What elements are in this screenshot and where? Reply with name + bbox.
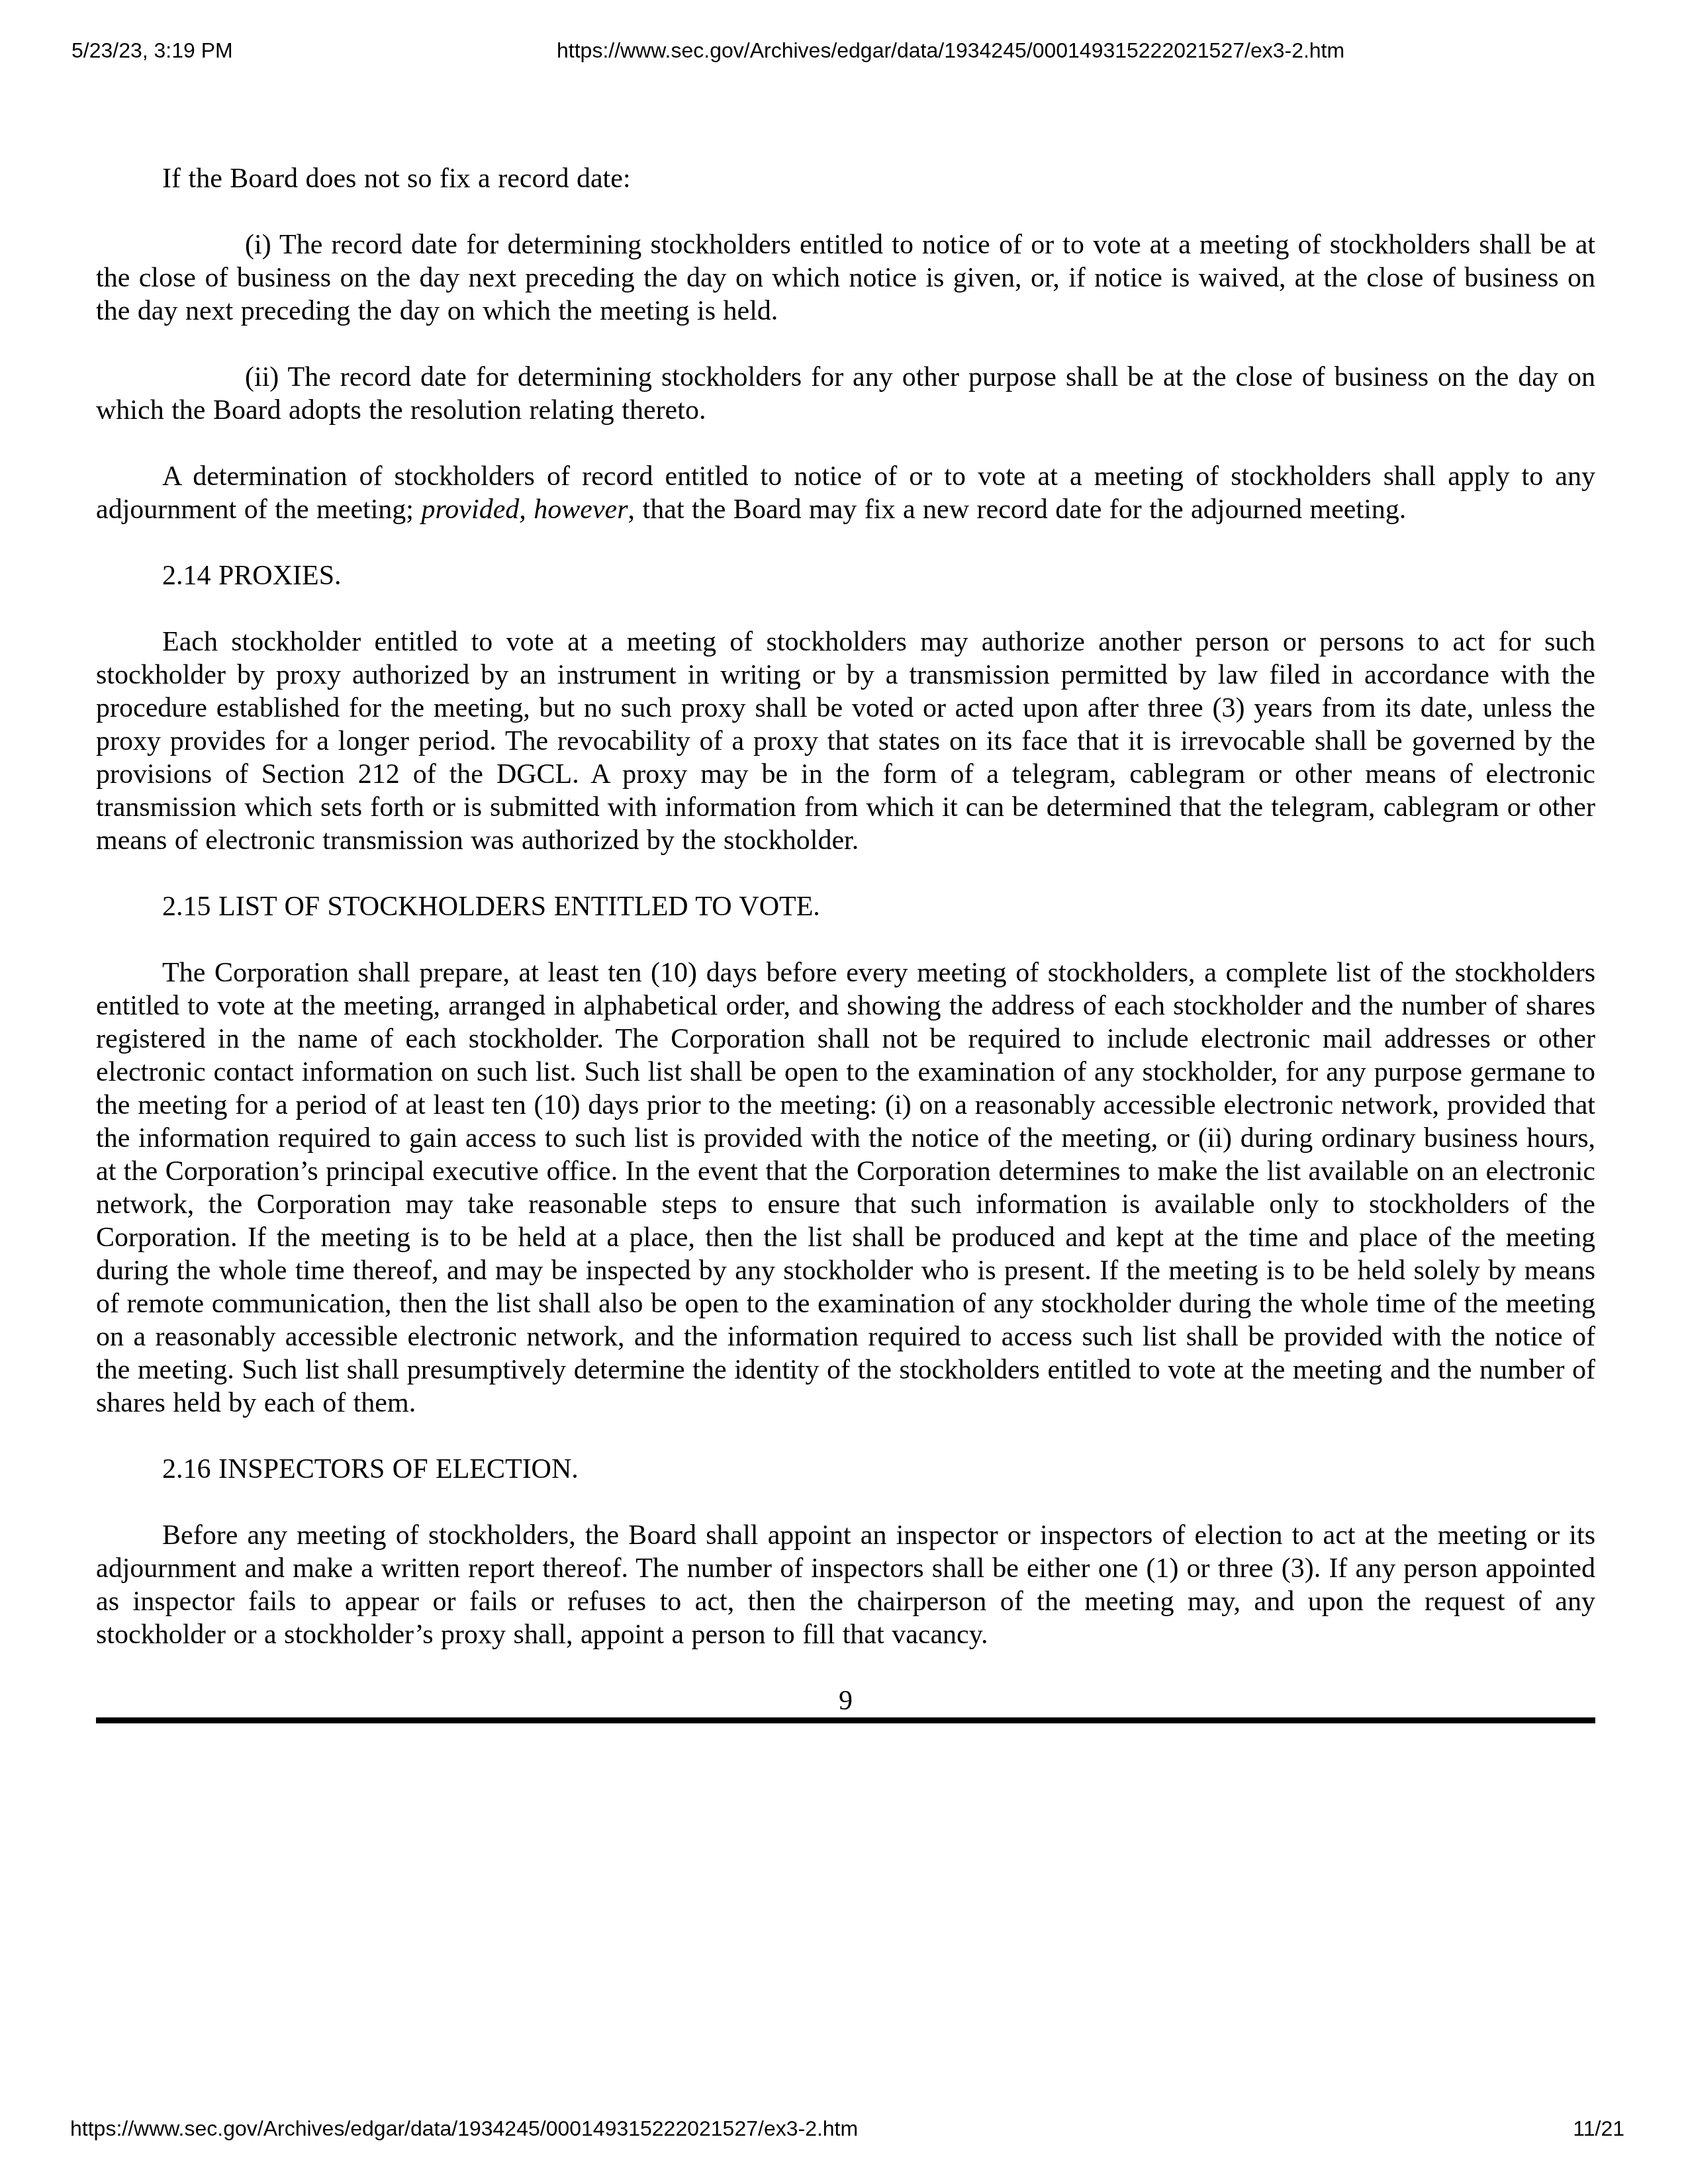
text-run: 2.14 PROXIES. (162, 561, 342, 591)
italic-text-run: provided, however (422, 494, 628, 525)
page-number: 9 (96, 1684, 1595, 1717)
text-run: (ii) The record date for determining sto… (96, 362, 1595, 426)
paragraph-inspectors: Before any meeting of stockholders, the … (96, 1519, 1595, 1651)
heading-section-2-14: 2.14 PROXIES. (96, 559, 1595, 592)
paragraph-proxies: Each stockholder entitled to vote at a m… (96, 625, 1595, 857)
print-footer-url: https://www.sec.gov/Archives/edgar/data/… (70, 2116, 858, 2140)
paragraph-determination: A determination of stockholders of recor… (96, 460, 1595, 526)
print-header-datetime: 5/23/23, 3:19 PM (71, 38, 233, 62)
heading-section-2-16: 2.16 INSPECTORS OF ELECTION. (96, 1453, 1595, 1486)
paragraph-stockholders-list: The Corporation shall prepare, at least … (96, 956, 1595, 1420)
paragraph-record-date-clause-i: (i) The record date for determining stoc… (96, 228, 1595, 328)
paragraph-record-date-intro: If the Board does not so fix a record da… (96, 162, 1595, 195)
text-run: Each stockholder entitled to vote at a m… (96, 627, 1595, 856)
text-run: The Corporation shall prepare, at least … (96, 958, 1595, 1418)
text-run: Before any meeting of stockholders, the … (96, 1520, 1595, 1650)
page-divider-rule (96, 1717, 1595, 1723)
text-run: 2.15 LIST OF STOCKHOLDERS ENTITLED TO VO… (162, 891, 820, 922)
printed-page: 5/23/23, 3:19 PM https://www.sec.gov/Arc… (0, 0, 1688, 2184)
text-run: If the Board does not so fix a record da… (162, 163, 631, 194)
print-footer-page-indicator: 11/21 (1573, 2116, 1624, 2140)
paragraph-record-date-clause-ii: (ii) The record date for determining sto… (96, 361, 1595, 427)
heading-section-2-15: 2.15 LIST OF STOCKHOLDERS ENTITLED TO VO… (96, 890, 1595, 923)
text-run: , that the Board may fix a new record da… (628, 494, 1407, 525)
document-body: If the Board does not so fix a record da… (0, 0, 1688, 1723)
text-run: 2.16 INSPECTORS OF ELECTION. (162, 1454, 579, 1484)
text-run: (i) The record date for determining stoc… (96, 230, 1595, 326)
print-header-url: https://www.sec.gov/Archives/edgar/data/… (557, 38, 1344, 62)
